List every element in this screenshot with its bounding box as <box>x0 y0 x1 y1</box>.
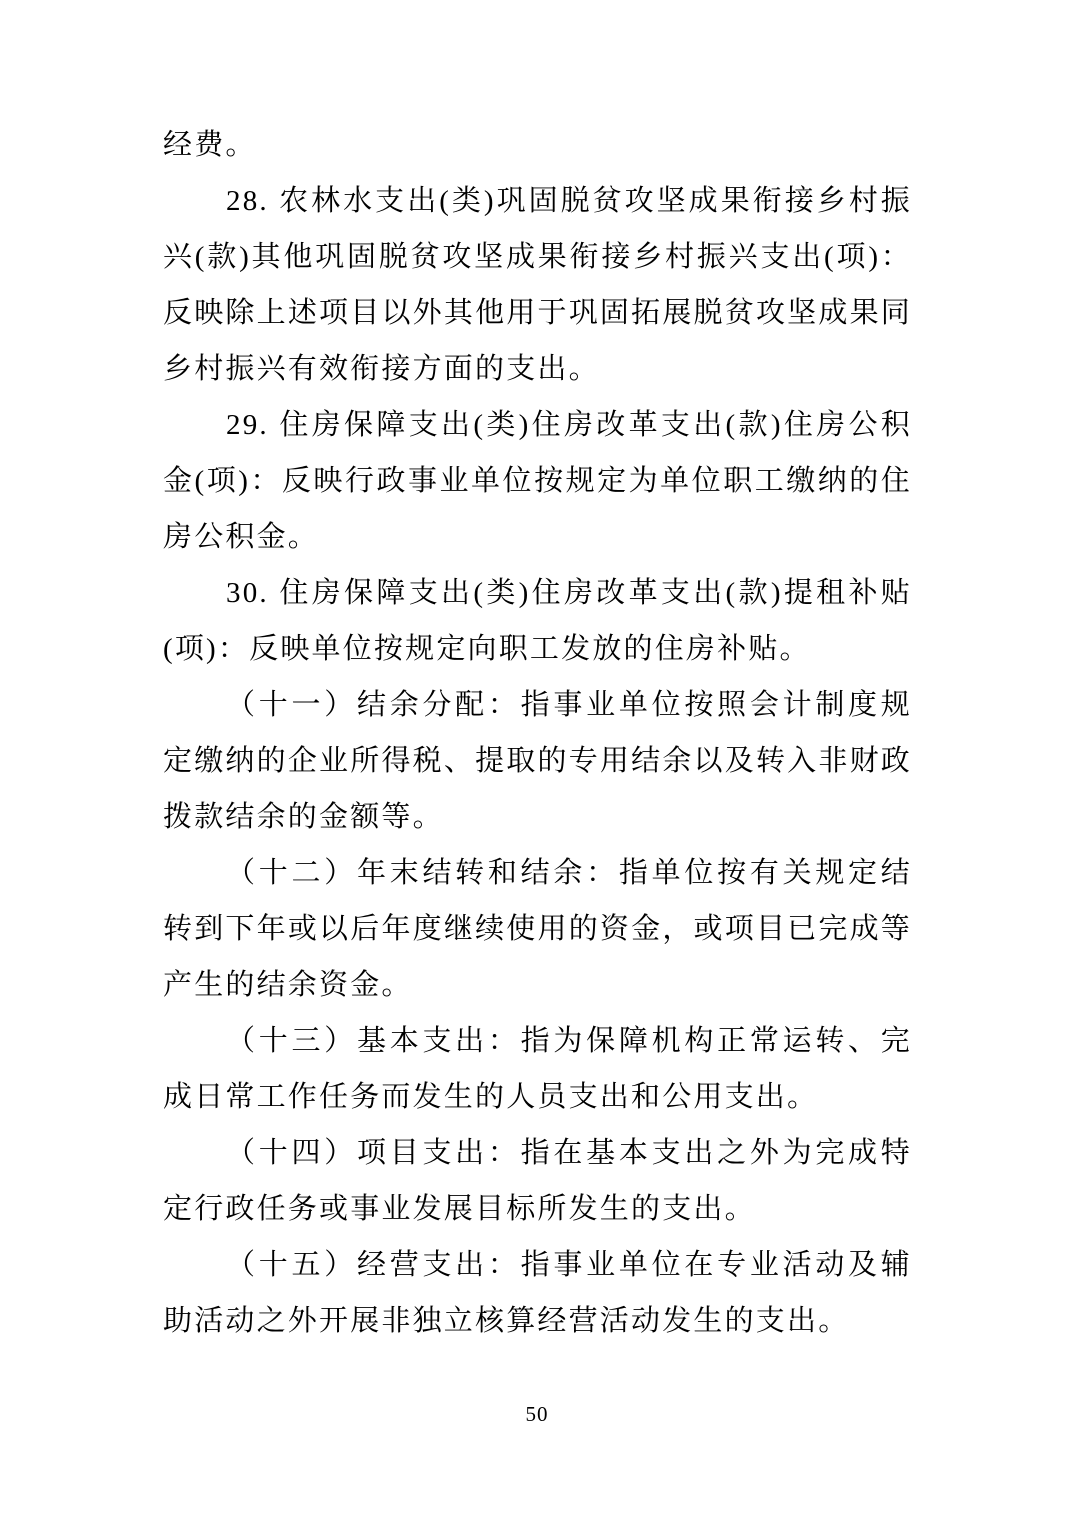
paragraph-item-30: 30. 住房保障支出(类)住房改革支出(款)提租补贴(项)：反映单位按规定向职工… <box>163 565 912 677</box>
paragraph-term-12: （十二）年末结转和结余：指单位按有关规定结转到下年或以后年度继续使用的资金，或项… <box>163 845 912 1013</box>
paragraph-term-13: （十三）基本支出：指为保障机构正常运转、完成日常工作任务而发生的人员支出和公用支… <box>163 1013 912 1125</box>
paragraph-term-15: （十五）经营支出：指事业单位在专业活动及辅助活动之外开展非独立核算经营活动发生的… <box>163 1237 912 1349</box>
document-body: 经费。 28. 农林水支出(类)巩固脱贫攻坚成果衔接乡村振兴(款)其他巩固脱贫攻… <box>163 117 912 1349</box>
paragraph-item-28: 28. 农林水支出(类)巩固脱贫攻坚成果衔接乡村振兴(款)其他巩固脱贫攻坚成果衔… <box>163 173 912 397</box>
paragraph-term-14: （十四）项目支出：指在基本支出之外为完成特定行政任务或事业发展目标所发生的支出。 <box>163 1125 912 1237</box>
paragraph-term-11: （十一）结余分配：指事业单位按照会计制度规定缴纳的企业所得税、提取的专用结余以及… <box>163 677 912 845</box>
page-number: 50 <box>0 1402 1074 1427</box>
paragraph-continuation: 经费。 <box>163 117 912 173</box>
paragraph-item-29: 29. 住房保障支出(类)住房改革支出(款)住房公积金(项)：反映行政事业单位按… <box>163 397 912 565</box>
document-page: 经费。 28. 农林水支出(类)巩固脱贫攻坚成果衔接乡村振兴(款)其他巩固脱贫攻… <box>0 0 1074 1520</box>
